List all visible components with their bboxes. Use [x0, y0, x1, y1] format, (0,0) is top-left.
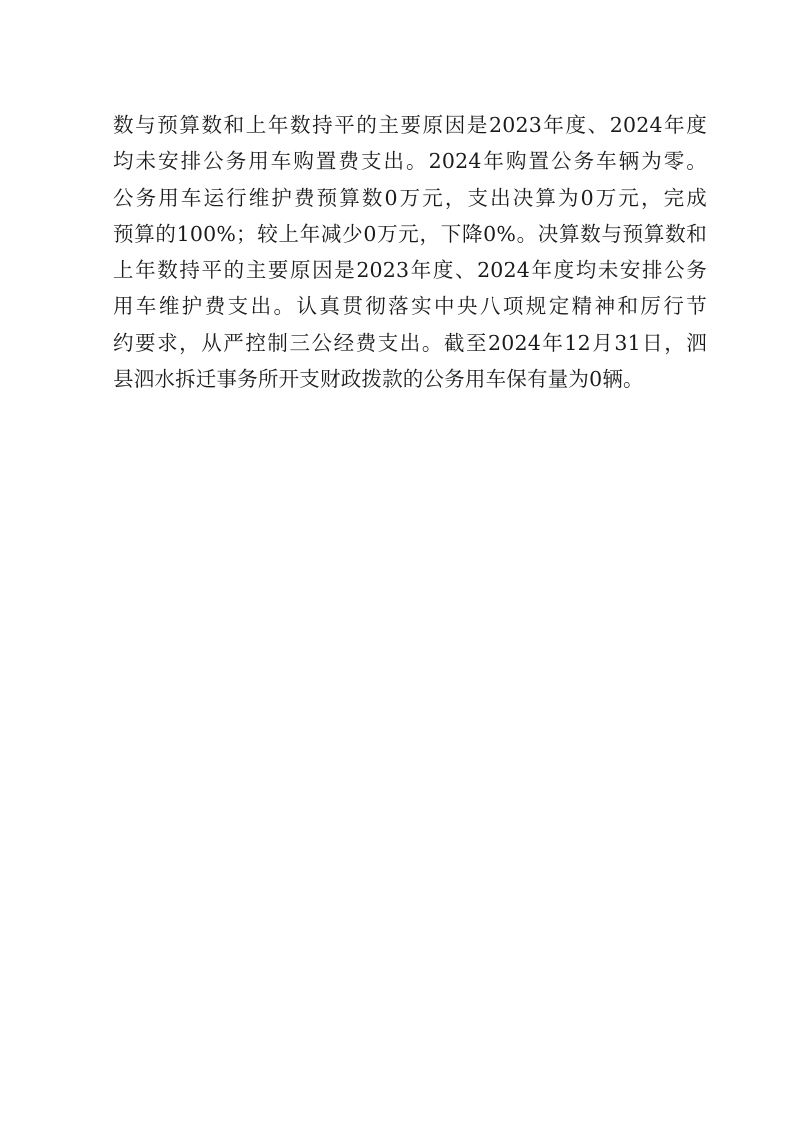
- body-paragraph: 数与预算数和上年数持平的主要原因是2023年度、2024年度 均未安排公务用车购…: [113, 107, 713, 397]
- paragraph-line: 预算的100%；较上年减少0万元，下降0%。决算数与预算数和: [113, 216, 707, 252]
- paragraph-line: 公务用车运行维护费预算数0万元，支出决算为0万元，完成: [113, 180, 707, 216]
- paragraph-line: 数与预算数和上年数持平的主要原因是2023年度、2024年度: [113, 107, 707, 143]
- paragraph-line: 约要求，从严控制三公经费支出。截至2024年12月31日，泗: [113, 325, 707, 361]
- paragraph-line: 用车维护费支出。认真贯彻落实中央八项规定精神和厉行节: [113, 288, 707, 324]
- paragraph-line: 均未安排公务用车购置费支出。2024年购置公务车辆为零。: [113, 143, 707, 179]
- paragraph-line: 县泗水拆迁事务所开支财政拨款的公务用车保有量为0辆。: [113, 361, 707, 397]
- paragraph-line: 上年数持平的主要原因是2023年度、2024年度均未安排公务: [113, 252, 707, 288]
- document-page: 数与预算数和上年数持平的主要原因是2023年度、2024年度 均未安排公务用车购…: [0, 0, 793, 1122]
